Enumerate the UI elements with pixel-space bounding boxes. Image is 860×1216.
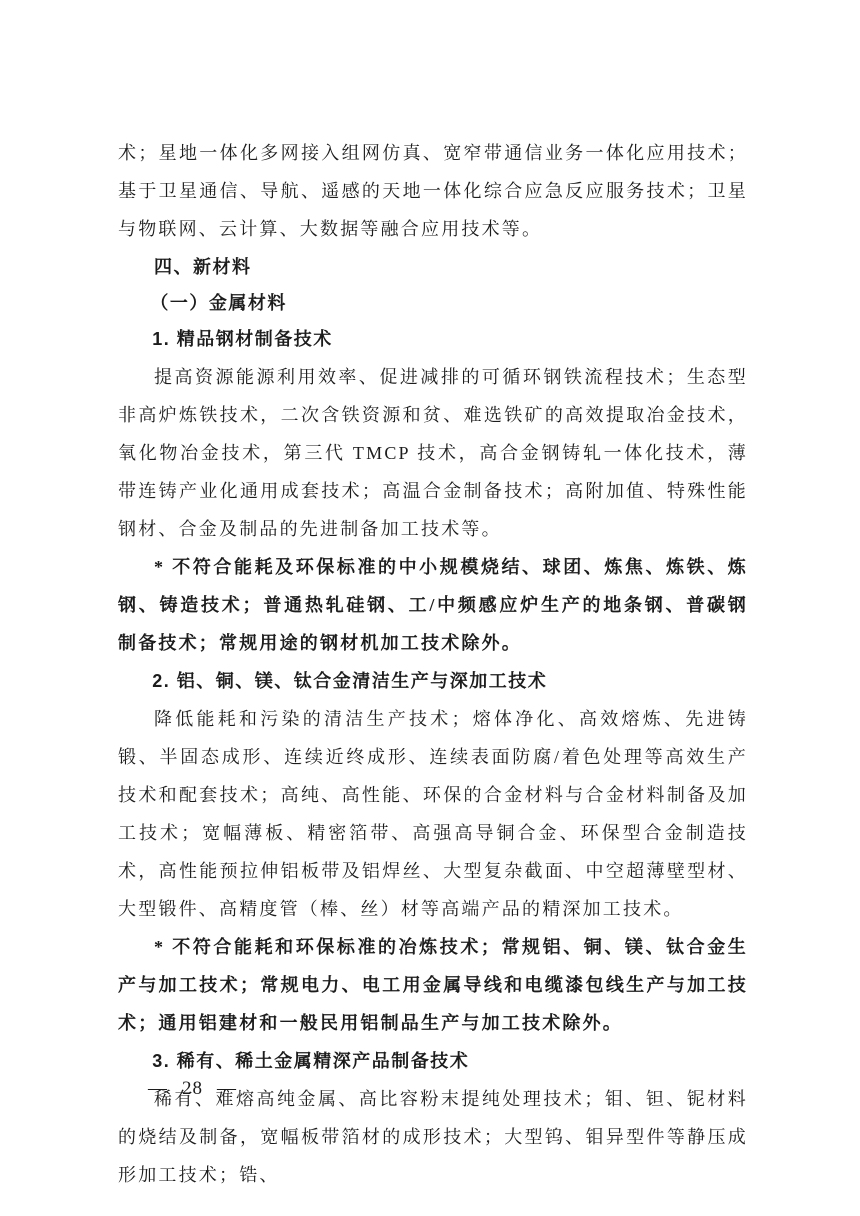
item-heading-3: 3. 稀有、稀土金属精深产品制备技术 bbox=[118, 1044, 748, 1078]
body-paragraph: 降低能耗和污染的清洁生产技术；熔体净化、高效熔炼、先进铸锻、半固态成形、连续近终… bbox=[118, 700, 748, 928]
page-number: 28 bbox=[182, 1078, 203, 1099]
page-content: 术；星地一体化多网接入组网仿真、宽窄带通信业务一体化应用技术；基于卫星通信、导航… bbox=[118, 134, 748, 1194]
restriction-note: * 不符合能耗及环保标准的中小规模烧结、球团、炼焦、炼铁、炼钢、铸造技术；普通热… bbox=[118, 548, 748, 662]
footer-right-dash: — bbox=[217, 1078, 237, 1100]
subsection-heading: （一）金属材料 bbox=[118, 286, 748, 320]
document-page: 术；星地一体化多网接入组网仿真、宽窄带通信业务一体化应用技术；基于卫星通信、导航… bbox=[0, 0, 860, 1216]
page-footer: —28— bbox=[134, 1078, 251, 1100]
body-paragraph: 提高资源能源利用效率、促进减排的可循环钢铁流程技术；生态型非高炉炼铁技术，二次含… bbox=[118, 358, 748, 548]
item-heading-1: 1. 精品钢材制备技术 bbox=[118, 322, 748, 356]
footer-left-dash: — bbox=[148, 1078, 168, 1100]
continued-paragraph: 术；星地一体化多网接入组网仿真、宽窄带通信业务一体化应用技术；基于卫星通信、导航… bbox=[118, 134, 748, 248]
restriction-note: * 不符合能耗和环保标准的冶炼技术；常规铝、铜、镁、钛合金生产与加工技术；常规电… bbox=[118, 928, 748, 1042]
section-heading: 四、新材料 bbox=[118, 250, 748, 284]
item-heading-2: 2. 铝、铜、镁、钛合金清洁生产与深加工技术 bbox=[118, 664, 748, 698]
